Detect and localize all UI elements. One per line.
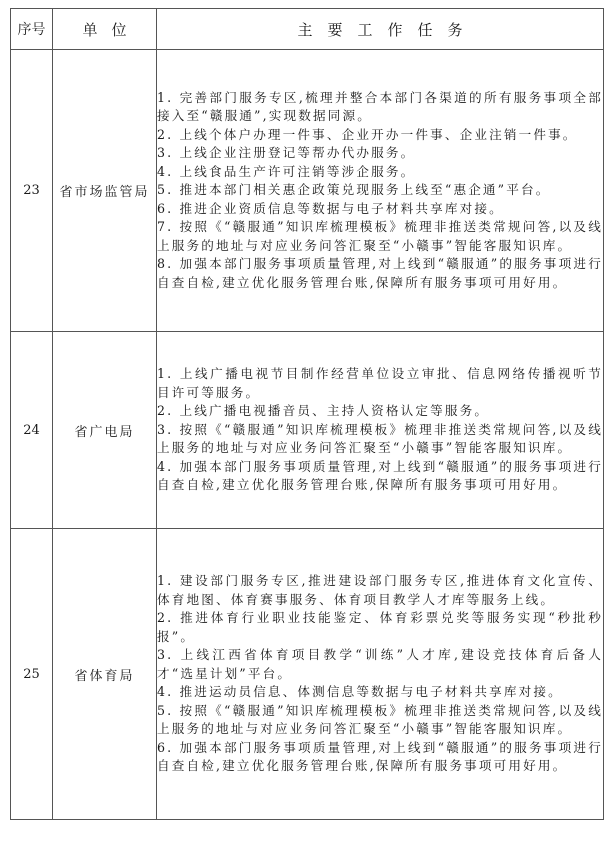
task-item: 1. 完善部门服务专区,梳理并整合本部门各渠道的所有服务事项全部接入至“赣服通”…: [157, 89, 603, 126]
table-row: 23 省市场监管局 1. 完善部门服务专区,梳理并整合本部门各渠道的所有服务事项…: [11, 50, 604, 332]
task-item: 1. 建设部门服务专区,推进建设部门服务专区,推进体育文化宣传、体育地图、体育赛…: [157, 572, 603, 609]
task-item: 8. 加强本部门服务事项质量管理,对上线到“赣服通”的服务事项进行自查自检,建立…: [157, 255, 603, 292]
task-item: 1. 上线广播电视节目制作经营单位设立审批、信息网络传播视听节目许可等服务。: [157, 365, 603, 402]
task-item: 3. 上线企业注册登记等帮办代办服务。: [157, 144, 603, 163]
table-row: 25 省体育局 1. 建设部门服务专区,推进建设部门服务专区,推进体育文化宣传、…: [11, 529, 604, 820]
row-unit: 省广电局: [53, 332, 157, 529]
task-item: 3. 上线江西省体育项目教学“训练”人才库,建设竞技体育后备人才“选星计划”平台…: [157, 646, 603, 683]
row-seq: 25: [11, 529, 53, 820]
task-item: 2. 上线广播电视播音员、主持人资格认定等服务。: [157, 402, 603, 421]
task-item: 5. 推进本部门相关惠企政策兑现服务上线至“惠企通”平台。: [157, 181, 603, 200]
row-unit: 省市场监管局: [53, 50, 157, 332]
row-unit: 省体育局: [53, 529, 157, 820]
task-item: 4. 推进运动员信息、体测信息等数据与电子材料共享库对接。: [157, 683, 603, 702]
row-seq: 24: [11, 332, 53, 529]
header-row: 序号 单位 主要工作任务: [11, 9, 604, 50]
task-item: 2. 推进体育行业职业技能鉴定、体育彩票兑奖等服务实现“秒批秒报”。: [157, 609, 603, 646]
task-item: 4. 上线食品生产许可注销等涉企服务。: [157, 163, 603, 182]
task-item: 4. 加强本部门服务事项质量管理,对上线到“赣服通”的服务事项进行自查自检,建立…: [157, 458, 603, 495]
task-item: 7. 按照《“赣服通”知识库梳理模板》梳理非推送类常规问答,以及线上服务的地址与…: [157, 218, 603, 255]
row-tasks: 1. 上线广播电视节目制作经营单位设立审批、信息网络传播视听节目许可等服务。 2…: [157, 332, 604, 529]
task-item: 3. 按照《“赣服通”知识库梳理模板》梳理非推送类常规问答,以及线上服务的地址与…: [157, 421, 603, 458]
row-seq: 23: [11, 50, 53, 332]
task-item: 6. 推进企业资质信息等数据与电子材料共享库对接。: [157, 200, 603, 219]
header-unit: 单位: [53, 9, 157, 50]
header-seq: 序号: [11, 9, 53, 50]
task-table: 序号 单位 主要工作任务 23 省市场监管局 1. 完善部门服务专区,梳理并整合…: [10, 8, 604, 820]
table-row: 24 省广电局 1. 上线广播电视节目制作经营单位设立审批、信息网络传播视听节目…: [11, 332, 604, 529]
task-item: 5. 按照《“赣服通”知识库梳理模板》梳理非推送类常规问答,以及线上服务的地址与…: [157, 702, 603, 739]
task-item: 6. 加强本部门服务事项质量管理,对上线到“赣服通”的服务事项进行自查自检,建立…: [157, 739, 603, 776]
header-tasks: 主要工作任务: [157, 9, 604, 50]
row-tasks: 1. 建设部门服务专区,推进建设部门服务专区,推进体育文化宣传、体育地图、体育赛…: [157, 529, 604, 820]
row-tasks: 1. 完善部门服务专区,梳理并整合本部门各渠道的所有服务事项全部接入至“赣服通”…: [157, 50, 604, 332]
task-item: 2. 上线个体户办理一件事、企业开办一件事、企业注销一件事。: [157, 126, 603, 145]
